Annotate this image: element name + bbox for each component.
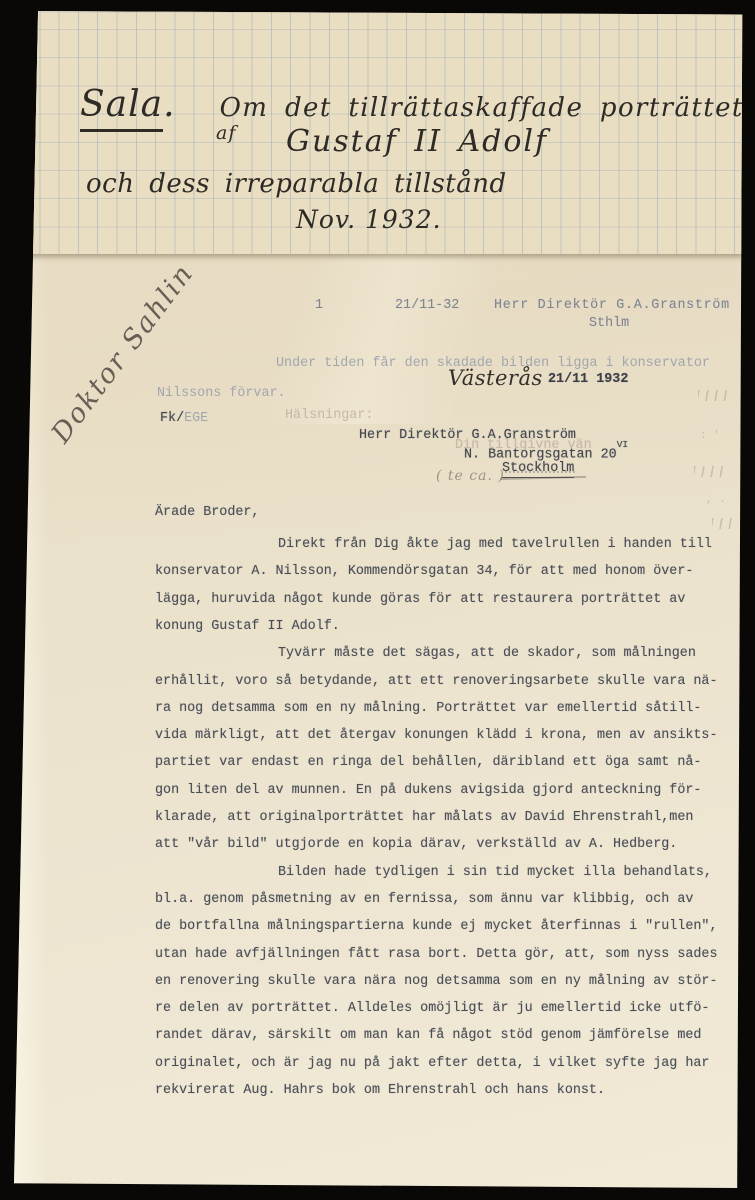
date-stamp: 21/11 1932 <box>548 372 628 387</box>
letter-body-line: Tyvärr måste det sägas, att de skador, s… <box>278 646 696 661</box>
letter-body-line: lägga, huruvida något kunde göras för at… <box>155 592 685 607</box>
letter-body-line: randet därav, särskilt om man kan få någ… <box>155 1028 701 1043</box>
letter-body-line: rekvirerat Aug. Hahrs bok om Ehrenstrahl… <box>155 1083 605 1098</box>
letter-body-line: Direkt från Dig åkte jag med tavelrullen… <box>278 537 712 552</box>
pencil-marks <box>698 390 732 401</box>
letter-body-line: konung Gustaf II Adolf. <box>155 619 340 634</box>
letter-body-line: Bilden hade tydligen i sin tid mycket il… <box>278 865 712 880</box>
cover-title-line2: Gustaf II Adolf <box>286 124 548 159</box>
address-line1: Herr Direktör G.A.Granström <box>359 428 576 443</box>
header-date-ref: 21/11-32 <box>395 298 459 313</box>
pencil-marks <box>694 466 728 477</box>
handwritten-place: Västerås <box>448 366 543 390</box>
cover-place-name: Sala <box>80 84 163 132</box>
reference-code: Fk/EGE <box>160 411 208 426</box>
ghost-greeting: Hälsningar: <box>285 408 373 423</box>
header-recipient: Herr Direktör G.A.Granström <box>494 298 730 313</box>
letter-body-line: de bortfallna målningspartierna kunde ej… <box>155 919 718 934</box>
letter-body-line: bl.a. genom påsmetning av en fernissa, s… <box>155 892 693 907</box>
salutation: Ärade Broder, <box>155 505 259 520</box>
bleedthrough-marks: , . <box>706 494 726 506</box>
page-number: 1 <box>315 298 323 313</box>
address-line2: N. Bantorgsgatan 20VI <box>464 444 628 462</box>
letter-body-line: partiet var endast en ringa del behållen… <box>155 755 701 770</box>
letter-body-line: konservator A. Nilsson, Kommendörsgatan … <box>155 564 693 579</box>
header-recipient-city: Sthlm <box>589 316 629 331</box>
scan-background: Sala.Om det tillrättaskaffade porträttet… <box>0 0 755 1200</box>
letter-body-line: re delen av porträttet. Alldeles omöjlig… <box>155 1001 709 1016</box>
cover-place-dot: . <box>163 84 175 125</box>
letter-body-line: en renovering skulle vara nära nog detsa… <box>155 974 718 989</box>
cover-title-line3: och dess irreparabla tillstånd <box>86 169 507 199</box>
cover-title-rest: Om det tillrättaskaffade porträttet <box>220 93 744 123</box>
reference-code-dark: Fk/ <box>160 411 184 426</box>
cover-title-line1: Sala.Om det tillrättaskaffade porträttet <box>80 84 744 125</box>
letter-body-line: gon liten del av munnen. En på dukens av… <box>155 783 701 798</box>
letter-body-line: originalet, och är jag nu på jakt efter … <box>155 1056 709 1071</box>
letter-body-line: erhållit, voro så betydande, att ett ren… <box>155 674 718 689</box>
letter-body-line: att "vår bild" utgjorde en kopia därav, … <box>155 837 677 852</box>
faint-note-line2: Nilssons förvar. <box>157 386 286 401</box>
cover-date-line: Nov. 1932. <box>296 205 442 234</box>
pencil-note: ( te ca. ) <box>436 468 505 484</box>
bleedthrough-marks: : ' <box>700 430 720 442</box>
pencil-marks <box>712 518 732 529</box>
cover-inserted-word: af <box>216 122 236 144</box>
letter-body-line: utan hade avfjällningen fått rasa bort. … <box>155 947 718 962</box>
letter-body-line: vida märkligt, att det återgav konungen … <box>155 728 718 743</box>
ghost-signature-stroke2 <box>505 471 575 476</box>
reference-code-light: EGE <box>184 411 208 426</box>
letter-body-line: ra nog detsamma som en ny målning. Portr… <box>155 701 701 716</box>
letter-body-line: klarade, att originalporträttet har måla… <box>155 810 693 825</box>
address-floor-superscript: VI <box>617 439 628 450</box>
